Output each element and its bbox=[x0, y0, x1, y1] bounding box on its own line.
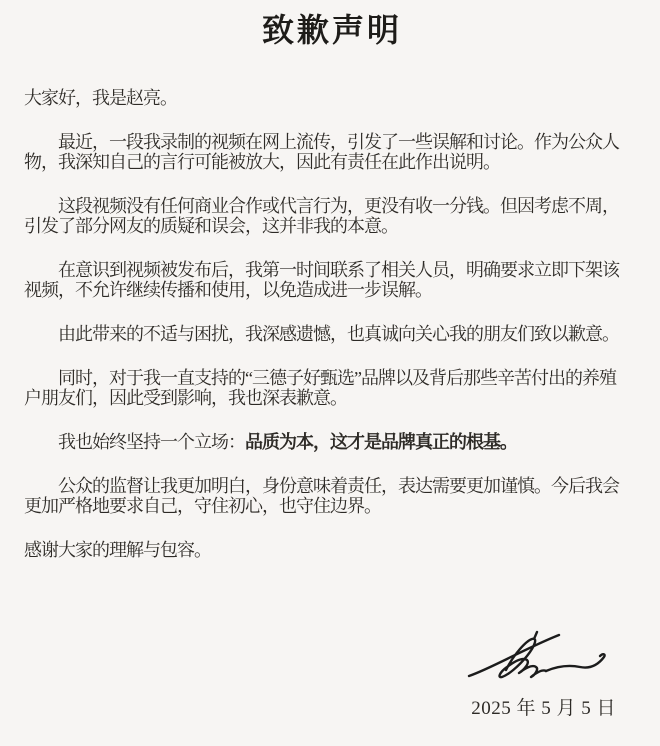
text-line: 公众的监督让我更加明白，身份意味着责任，表达需要更加谨慎。今后我会 bbox=[24, 476, 640, 496]
text-line: 户朋友们，因此受到影响，我也深表歉意。 bbox=[24, 388, 640, 408]
text-line: 最近，一段我录制的视频在网上流传，引发了一些误解和讨论。作为公众人 bbox=[24, 132, 640, 152]
date-text: 2025 年 5 月 5 日 bbox=[471, 698, 616, 719]
paragraph-regret: 由此带来的不适与困扰，我深感遗憾，也真诚向关心我的朋友们致以歉意。 bbox=[24, 324, 640, 344]
text-line: 由此带来的不适与困扰，我深感遗憾，也真诚向关心我的朋友们致以歉意。 bbox=[24, 324, 640, 344]
paragraph-video-circulation: 最近，一段我录制的视频在网上流传，引发了一些误解和讨论。作为公众人 物，我深知自… bbox=[24, 132, 640, 172]
text-line: 物，我深知自己的言行可能被放大，因此有责任在此作出说明。 bbox=[24, 152, 640, 172]
stance-bold-text: 品质为本，这才是品牌真正的根基。 bbox=[245, 432, 517, 452]
closing-line: 感谢大家的理解与包容。 bbox=[24, 540, 640, 560]
date-row: 2025 年 5 月 5 日 bbox=[24, 698, 640, 720]
paragraph-stance: 我也始终坚持一个立场：品质为本，这才是品牌真正的根基。 bbox=[24, 432, 640, 452]
text-line: 我也始终坚持一个立场：品质为本，这才是品牌真正的根基。 bbox=[24, 432, 640, 452]
paragraph-brand-apology: 同时，对于我一直支持的“三德子好甄选”品牌以及背后那些辛苦付出的养殖 户朋友们，… bbox=[24, 368, 640, 408]
paragraph-responsibility: 公众的监督让我更加明白，身份意味着责任，表达需要更加谨慎。今后我会 更加严格地要… bbox=[24, 476, 640, 516]
text-line: 引发了部分网友的质疑和误会，这并非我的本意。 bbox=[24, 216, 640, 236]
paragraph-takedown-request: 在意识到视频被发布后，我第一时间联系了相关人员，明确要求立即下架该 视频，不允许… bbox=[24, 260, 640, 300]
signature-area bbox=[24, 626, 640, 684]
greeting-line: 大家好，我是赵亮。 bbox=[24, 88, 640, 108]
signature-handwriting-icon bbox=[464, 626, 614, 684]
paragraph-no-commercial: 这段视频没有任何商业合作或代言行为，更没有收一分钱。但因考虑不周， 引发了部分网… bbox=[24, 196, 640, 236]
text-line: 在意识到视频被发布后，我第一时间联系了相关人员，明确要求立即下架该 bbox=[24, 260, 640, 280]
text-line: 更加严格地要求自己，守住初心，也守住边界。 bbox=[24, 496, 640, 516]
stance-prefix: 我也始终坚持一个立场： bbox=[58, 432, 245, 452]
apology-statement-document: 致歉声明 大家好，我是赵亮。 最近，一段我录制的视频在网上流传，引发了一些误解和… bbox=[0, 0, 660, 746]
text-line: 视频，不允许继续传播和使用，以免造成进一步误解。 bbox=[24, 280, 640, 300]
text-line: 同时，对于我一直支持的“三德子好甄选”品牌以及背后那些辛苦付出的养殖 bbox=[24, 368, 640, 388]
page-title: 致歉声明 bbox=[24, 10, 640, 50]
text-line: 这段视频没有任何商业合作或代言行为，更没有收一分钱。但因考虑不周， bbox=[24, 196, 640, 216]
